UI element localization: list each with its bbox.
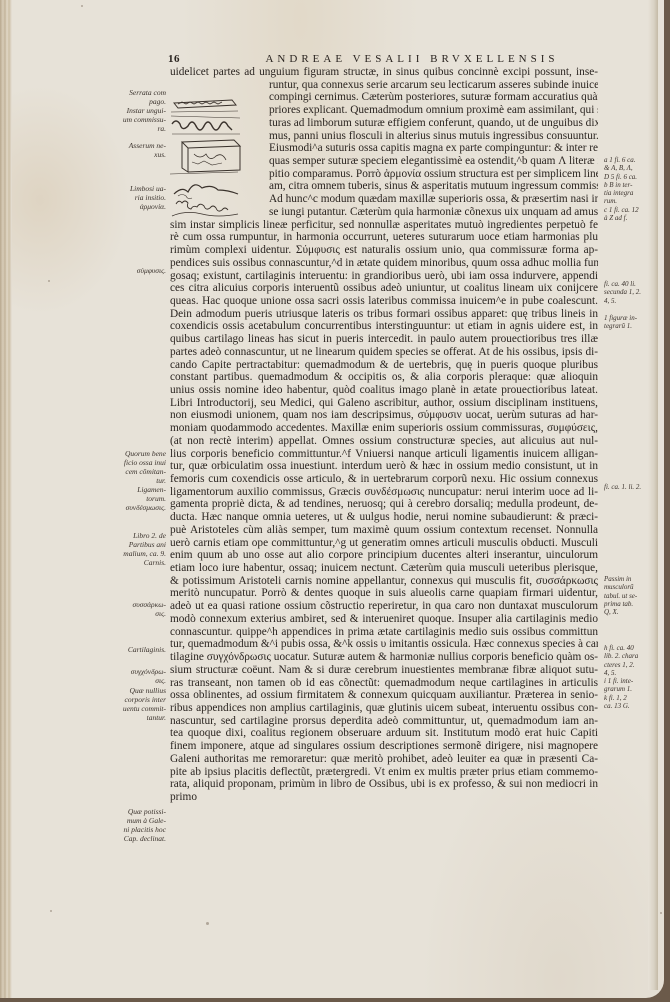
margin-note-line: cem cõmitan- [100,467,166,476]
book-page: 16 ANDREAE VESALII BRVXELLENSIS [0,0,664,998]
foxing-spot [206,922,209,925]
foxing-spot [81,5,83,7]
text-line: Libri Introductorij, seu Medici, qui Gal… [170,397,598,410]
page-edge-left [0,0,12,998]
text-line: ossa oblinentes, ad ossium firmitatem & … [170,689,598,702]
margin-note-line: ria insitio. [100,193,166,202]
margin-note-line: i 1 fi. inte- [604,677,664,685]
margin-note-line: D 5 fi. 6 ca. [604,173,664,181]
text-line: sium structuræ coëunt. Nam & si duræ cer… [170,664,598,677]
text-line: sim instar simplicis lineæ perficitur, s… [170,219,598,232]
text-line: puè Aristoteles cùm aliàs semper, tum ma… [170,524,598,537]
text-line: ribus appendices non amplius cartilagini… [170,702,598,715]
margin-note-line: σις. [100,609,166,618]
text-line: Ad hunc^c modum quædam maxillæ superiori… [269,193,598,206]
margin-note-line: ἁρμονία. [100,202,166,211]
text-line: connascuntur. quippe^h appendices in pri… [170,626,598,639]
text-line: mus, panni unius flosculi in alterius si… [269,130,598,143]
margin-note: Ligamen-torum.συνδέσμωσις. [100,485,166,512]
foxing-spot [48,280,50,282]
margin-note-line: cteres 1, 2. [604,661,664,669]
margin-note-line: 1 figuræ in- [604,314,664,322]
margin-note-line: Carnis. [100,558,166,567]
running-head: ANDREAE VESALII BRVXELLENSIS [172,53,612,65]
text-line: pendices suis ossibus connascuntur,^d in… [170,257,598,270]
text-line: queas. Hac quoque unione ossa sacri ossi… [170,295,598,308]
margin-note: σύμφυσις. [100,266,166,275]
margin-note-line: Instar ungui- [100,106,166,115]
margin-note: Libro 2. dePartibus animalium, ca. 9.Car… [100,531,166,567]
margin-note-line: ficio ossa inui [100,458,166,467]
margin-note-line: Cap. declinat. [100,834,166,843]
foxing-spot [50,910,52,912]
text-line: non eiusmodi unionem, quam nos iam descr… [170,409,598,422]
text-line: quas semper suturæ speciem elegantissimè… [269,155,598,168]
text-line: priores explicant. Quemadmodum omnium pr… [269,104,598,117]
margin-note-line: tabul. ut se- [604,592,664,600]
margin-note: συσσάρκω-σις. [100,600,166,618]
text-line: Galeni authoritas me remoraretur: quæ me… [170,753,598,766]
text-line: primo [170,791,598,804]
margin-note-line: grarum 1. [604,685,664,693]
margin-note-line: Partibus ani [100,540,166,549]
margin-note-line: Q, X. [604,608,664,616]
text-line: uidelicet partes ad unguium figuram stru… [170,66,598,79]
margin-note-line: ni placitis hoc [100,825,166,834]
margin-note: Quæ potissi-mum à Gale-ni placitis hocCa… [100,807,166,843]
margin-note-line: Cartilaginis. [100,645,166,654]
body-text: uidelicet partes ad unguium figuram stru… [170,66,598,804]
margin-note-line: Quorum bene [100,449,166,458]
margin-note-line: tia integra [604,189,664,197]
margin-note-line: fi. ca. 1. li. 2. [604,483,664,491]
page-edge-right [648,0,658,990]
margin-note-line: prima tab. [604,600,664,608]
margin-note-line: tantur. [100,713,166,722]
text-line: adeò ut ea quasi ratione ossium cõstruct… [170,600,598,613]
text-line: enim quum ab uno osse aut alio corpore p… [170,549,598,562]
margin-note-line: Quæ nullius [100,686,166,695]
text-line: unius ossis nomine ideo habentur, quòd c… [170,384,598,397]
margin-note-line: mum à Gale- [100,816,166,825]
text-line: rata, aliquid proponam, primùm in libro … [170,778,598,791]
text-line: compingi cernimus. Cæterùm posteriores, … [269,91,598,104]
margin-note: Limbosi ua-ria insitio.ἁρμονία. [100,184,166,211]
text-line: ducta. Hæc nanque omnia ueteres, ut & uu… [170,511,598,524]
text-line: ces citra alicuius corporis interuentũ o… [170,282,598,295]
margin-note-line: uentu commit- [100,704,166,713]
margin-note: Passim inmusculorũtabul. ut se-prima tab… [604,575,664,616]
text-line: se iungi putantur. Cæterùm quia harmoniæ… [269,206,598,219]
text-line: nascuntur, sed cartilagine prorsus deper… [170,715,598,728]
margin-note: Cartilaginis. [100,645,166,654]
text-line: meritò nuncupatur. Porrò & dentes quoque… [170,587,598,600]
margin-note-line: um commissu- [100,115,166,124]
margin-note-line: Asserum ne- [100,141,166,150]
text-line: & potissimum Aristoteli carnis nomine ap… [170,575,598,588]
text-line: constant partibus. quemadmodum & occipit… [170,371,598,384]
text-line: tea quoque dixi, coalitus regionem obser… [170,727,598,740]
margin-note-line: torum. [100,494,166,503]
margin-note: Instar ungui-um commissu-ra. [100,106,166,133]
margin-note-line: corporis inter [100,695,166,704]
margin-note-line: a 1 fi. 6 ca. [604,156,664,164]
text-line: rimùm complexi uidentur. Σύμφυσις est na… [170,244,598,257]
text-line: (at non rectè interim) appellat. Omnes o… [170,435,598,448]
margin-note-line: k fi. 1, 2 [604,694,664,702]
margin-note-line: συνδέσμωσις. [100,503,166,512]
text-line: Eiusmodi^a suturis ossa capitis magna ex… [269,142,598,155]
text-line: moniam quodammodo accedentes. Maxillæ en… [170,422,598,435]
margin-note-line: xus. [100,150,166,159]
text-line: gamenta propriè dicta, & ad tendines, ne… [170,498,598,511]
margin-note-line: rum. [604,197,664,205]
margin-note-line: σύμφυσις. [100,266,166,275]
margin-note: Serrata compago. [100,88,166,106]
margin-note-line: συσσάρκω- [100,600,166,609]
margin-note-line: b B in ter- [604,181,664,189]
margin-note-line: Ligamen- [100,485,166,494]
margin-note-line: Libro 2. de [100,531,166,540]
margin-note-line: secunda 1, 2. [604,288,664,296]
margin-note-line: ca. 13 G. [604,702,664,710]
text-line: finem imponere, atque ad singulares ossi… [170,740,598,753]
margin-note-line: σις. [100,676,166,685]
text-line: ras transeant, non tamen ob id eas cõnec… [170,677,598,690]
margin-note-line: musculorũ [604,583,664,591]
margin-note: Quæ nulliuscorporis interuentu commit-ta… [100,686,166,722]
margin-note-line: 4, 5. [604,669,664,677]
margin-note: h fi. ca. 40lib. 2. characteres 1, 2.4, … [604,644,664,710]
margin-note-line: Limbosi ua- [100,184,166,193]
margin-note: fi. ca. 1. li. 2. [604,483,664,491]
margin-note-line: 4, 5. [604,297,664,305]
margin-note-line: Passim in [604,575,664,583]
text-line: uerò carnis etiam ope committuntur,^g ut… [170,537,598,550]
text-line: am, citra omnem tuberis, sinus & asperit… [269,180,598,193]
text-line: coxendicis ossis acetabulum concurrentib… [170,320,598,333]
margin-note-line: ra. [100,124,166,133]
foxing-spot [660,912,662,914]
text-line: tur, quemadmodum &^i pubis ossa, &^k oss… [170,638,598,651]
margin-note: Quorum beneficio ossa inuicem cõmitan-tu… [100,449,166,485]
margin-note: fi. ca. 40 li.secunda 1, 2.4, 5. [604,280,664,305]
page-header: 16 ANDREAE VESALII BRVXELLENSIS [172,53,612,67]
text-line: modò connexum exterius ambiret, sed & in… [170,613,598,626]
margin-note: Asserum ne-xus. [100,141,166,159]
margin-note: συγχόνδρω-σις. [100,667,166,685]
text-line: pitio comparamus. Porrò ἁρμονία ossium s… [269,168,598,181]
margin-note-line: malium, ca. 9. [100,549,166,558]
margin-note: 1 figuræ in-tegrarũ 1. [604,314,664,331]
margin-note-line: tur. [100,476,166,485]
text-line: tilagine συγχόνδρωσις uocatur. Suturæ au… [170,651,598,664]
margin-note-line: lib. 2. chara [604,652,664,660]
text-line: turas ad limborum suturæ effigiem confer… [269,117,598,130]
margin-note-line: à Z ad f. [604,214,664,222]
text-line: runtur, qua connexus serie arcarum seu l… [269,79,598,92]
text-line: etiam loco iure habentur, ossaq; inuicem… [170,562,598,575]
text-line: Dein admodum pueris utriusque lateris os… [170,308,598,321]
text-line: ligamentorum auxilio commissus, Græcis σ… [170,486,598,499]
text-line: rè cum ossa rumpuntur, in harmonia occur… [170,231,598,244]
text-line: partes adeò connascuntur, ut ne linearum… [170,346,598,359]
margin-note-line: Quæ potissi- [100,807,166,816]
margin-note-line: c 1 fi. ca. 12 [604,206,664,214]
text-line: pite ab ipsius placitis deflectũt, præte… [170,766,598,779]
margin-note-line: Serrata com [100,88,166,97]
text-line: gosaq; existunt, cartilaginis interuentu… [170,270,598,283]
margin-note-line: συγχόνδρω- [100,667,166,676]
margin-note-line: fi. ca. 40 li. [604,280,664,288]
margin-note-line: pago. [100,97,166,106]
margin-note: a 1 fi. 6 ca.& A, B, Λ,D 5 fi. 6 ca.b B … [604,156,664,222]
text-line: femoris cum coxendicis osse articulo, & … [170,473,598,486]
text-line: quibus cartilago lineas has sicut in pue… [170,333,598,346]
text-line: cando Capite pertractabitur: quemadmodum… [170,359,598,372]
margin-note-line: & A, B, Λ, [604,164,664,172]
text-line: lius corporis beneficio committuntur.^f … [170,448,598,461]
text-line: tur, quæ orbiculatim ossa inuestiunt. in… [170,460,598,473]
margin-note-line: h fi. ca. 40 [604,644,664,652]
margin-note-line: tegrarũ 1. [604,322,664,330]
